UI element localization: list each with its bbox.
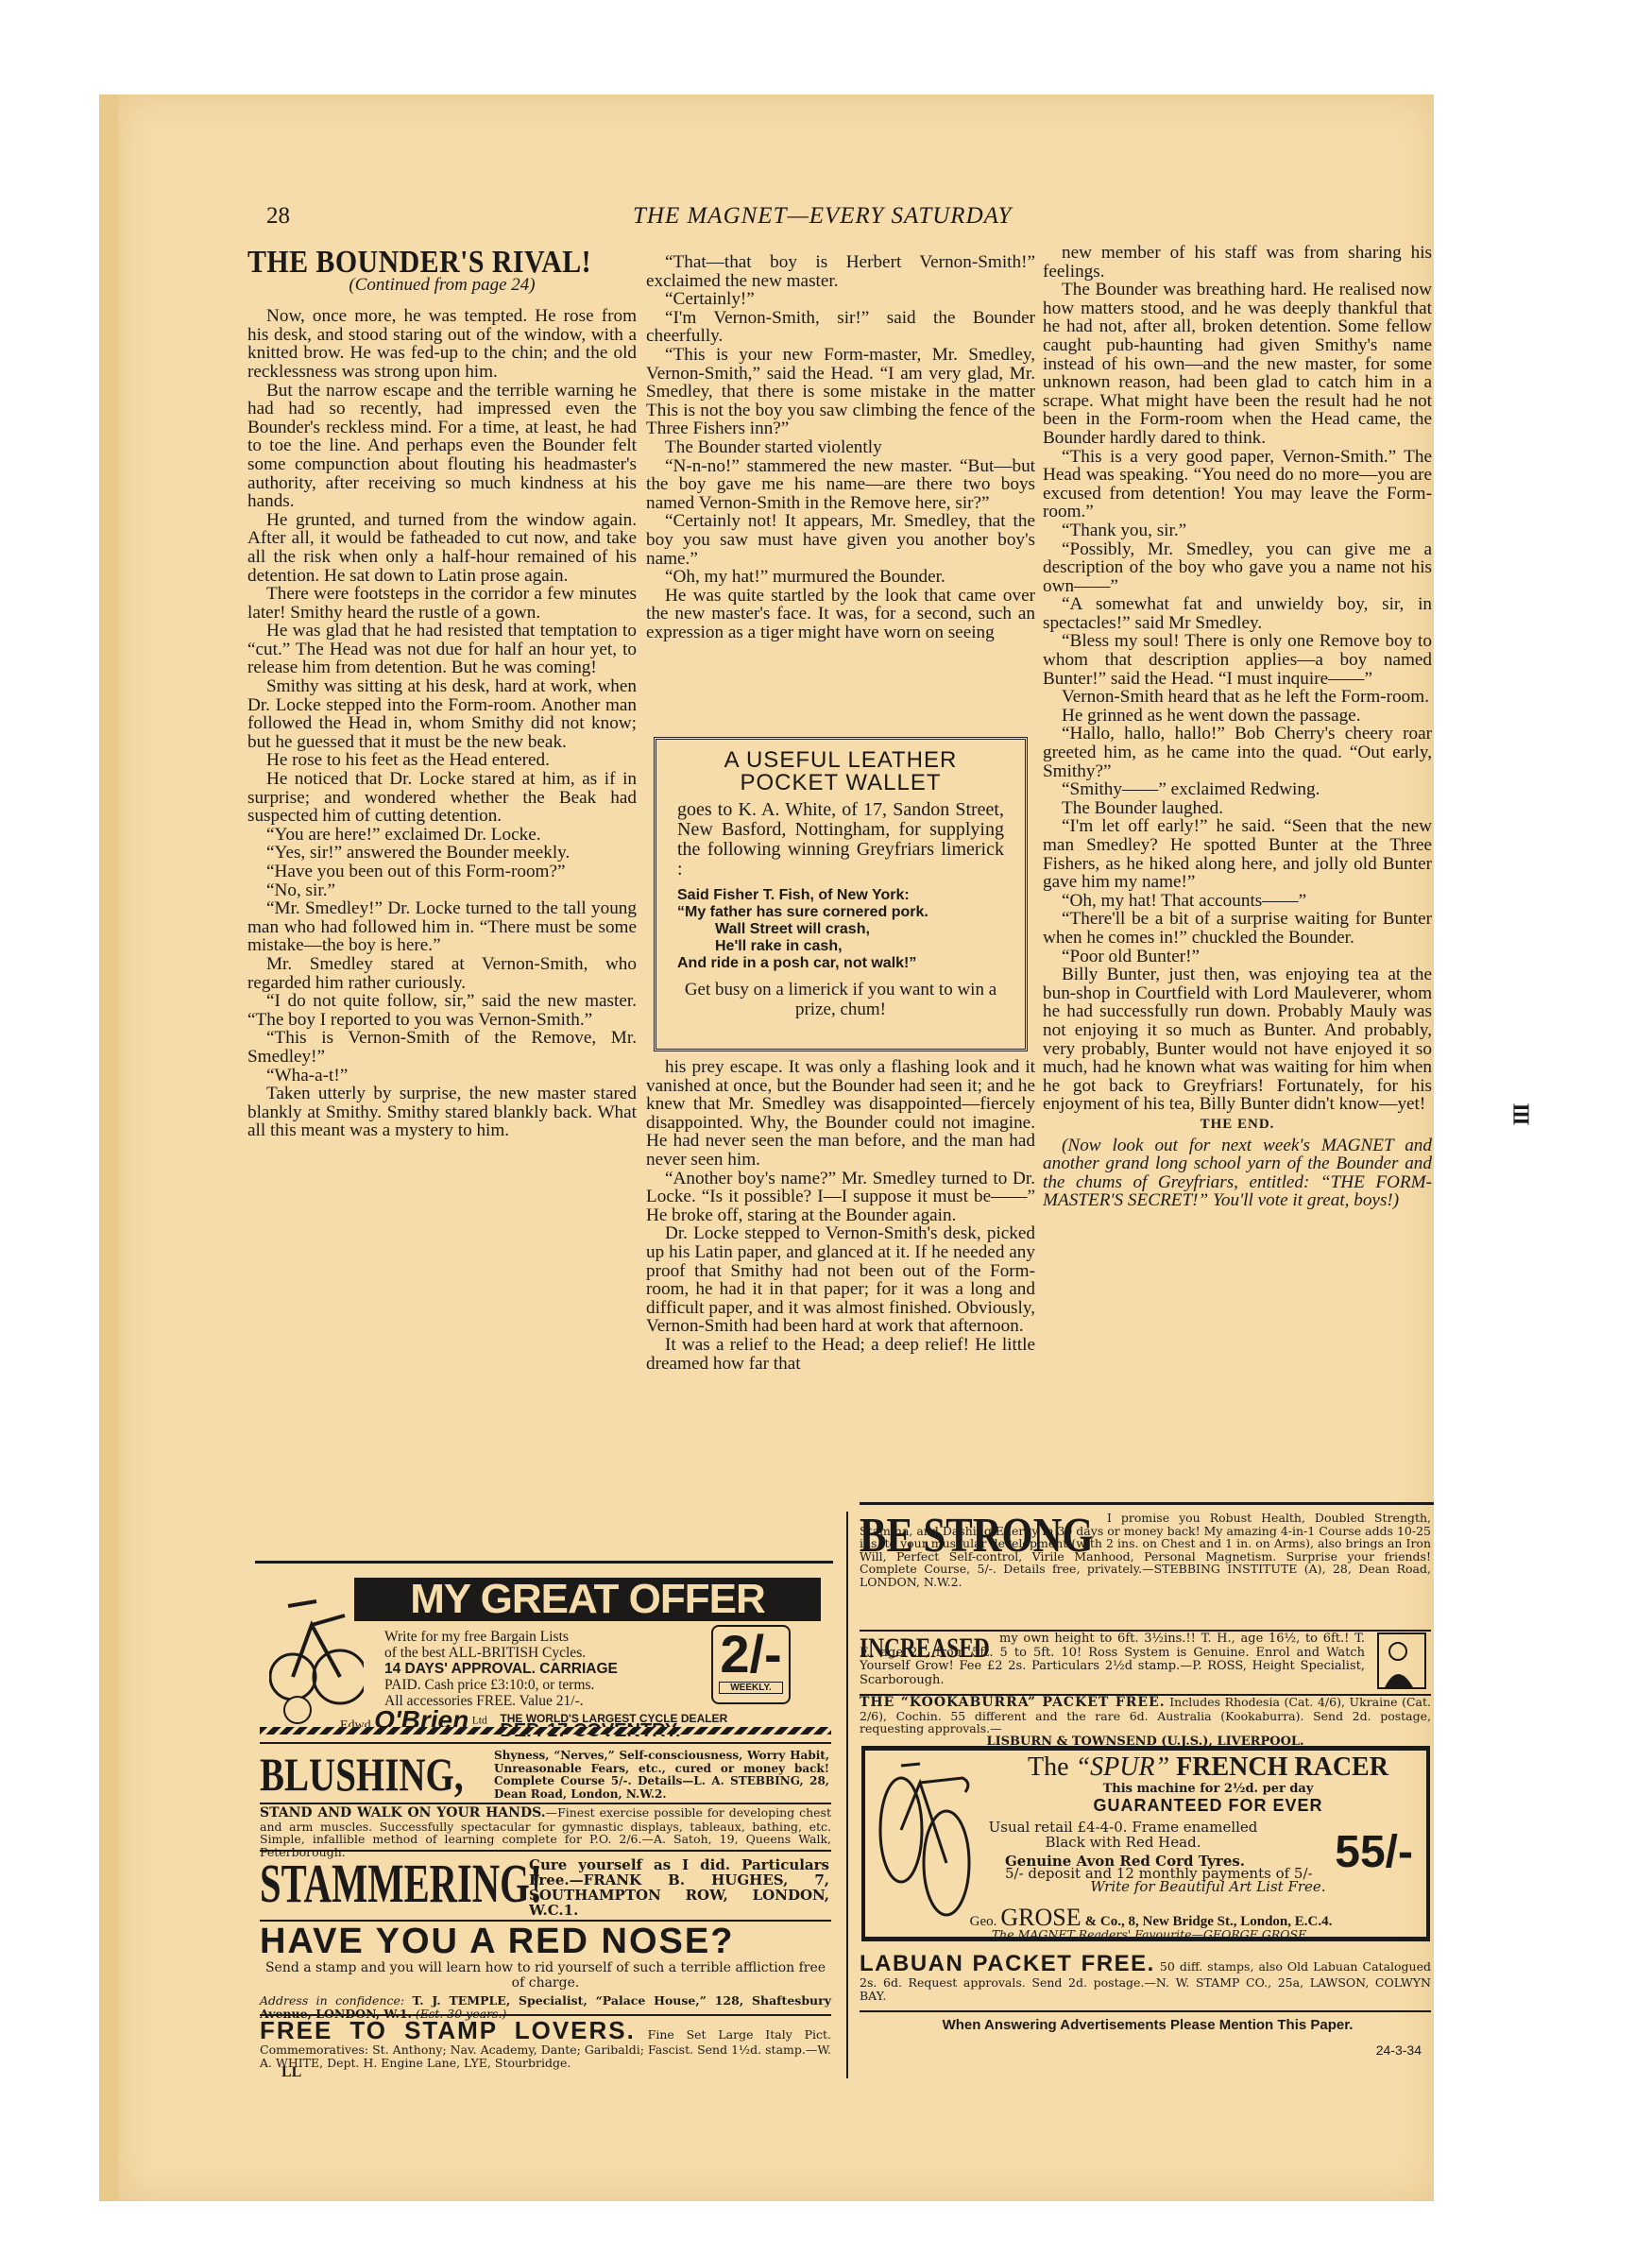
- paragraph: “That—that boy is Herbert Vernon-Smith!”…: [646, 253, 1035, 290]
- page-number: 28: [266, 203, 290, 230]
- weekly-price-badge: 2/- WEEKLY.: [711, 1625, 791, 1704]
- paragraph: “Yes, sir!” answered the Bounder meekly.: [247, 844, 637, 863]
- divider: [260, 1803, 831, 1804]
- paragraph: Mr. Smedley stared at Vernon-Smith, who …: [247, 955, 637, 992]
- paragraph: He grunted, and turned from the window a…: [247, 511, 637, 585]
- issue-date: 24-3-34: [874, 2042, 1422, 2058]
- ad-kookaburra: THE “KOOKABURRA” PACKET FREE. Includes R…: [860, 1696, 1431, 1741]
- wallet-prize-box: A USEFUL LEATHER POCKET WALLET goes to K…: [654, 737, 1028, 1051]
- paragraph: “This is Vernon-Smith of the Remove, Mr.…: [247, 1029, 637, 1066]
- racing-bicycle-icon: [873, 1754, 977, 1920]
- ad-text: Shyness, “Nerves,” Self-consciousness, W…: [494, 1750, 829, 1801]
- paragraph: Smithy was sitting at his desk, hard at …: [247, 677, 637, 751]
- ad-stand-walk: STAND AND WALK ON YOUR HANDS.—Finest exe…: [260, 1806, 831, 1850]
- ad-increased: INCREASED my own height to 6ft. 3½ins.!!…: [860, 1632, 1431, 1691]
- ad-mention-notice: When Answering Advertisements Please Men…: [874, 2017, 1422, 2074]
- paragraph: “Smithy——” exclaimed Redwing.: [1043, 780, 1432, 799]
- text-line: of the best ALL-BRITISH Cycles.: [384, 1645, 658, 1661]
- headline-main: FRENCH RACER: [1176, 1752, 1388, 1782]
- middle-bottom-paragraphs: his prey escape. It was only a flashing …: [646, 1058, 1035, 1373]
- ads-top-rule-right: [860, 1502, 1434, 1505]
- ad-labuan: LABUAN PACKET FREE. 50 diff. stamps, als…: [860, 1952, 1431, 2007]
- ad-stamp-lovers: FREE TO STAMP LOVERS. Fine Set Large Ita…: [260, 2017, 831, 2069]
- paragraph: “Another boy's name?” Mr. Smedley turned…: [646, 1170, 1035, 1225]
- paragraph: Dr. Locke stepped to Vernon-Smith's desk…: [646, 1224, 1035, 1336]
- divider: [260, 1850, 831, 1852]
- paragraph: But the narrow escape and the terrible w…: [247, 382, 637, 511]
- ads-top-rule: [255, 1561, 833, 1564]
- story-column-middle-bottom: his prey escape. It was only a flashing …: [646, 1058, 1035, 1373]
- paragraph: “Certainly not! It appears, Mr. Smedley,…: [646, 512, 1035, 568]
- limerick-line: He'll rake in cash,: [677, 938, 1004, 955]
- ad-text: Send a stamp and you will learn how to r…: [260, 1960, 831, 1991]
- paragraph: Taken utterly by surprise, the new maste…: [247, 1085, 637, 1140]
- company-tagline: The MAGNET Readers' Favourite—GEORGE GRO…: [875, 1928, 1427, 1941]
- text-line: Write for my free Bargain Lists: [384, 1629, 658, 1645]
- paragraph: “Possibly, Mr. Smedley, you can give me …: [1043, 540, 1432, 596]
- headline: LABUAN PACKET FREE.: [860, 1951, 1155, 1976]
- paragraph: Billy Bunter, just then, was enjoying te…: [1043, 966, 1432, 1114]
- margin-mark-bottom: LL: [281, 2064, 301, 2081]
- text-line: 14 DAYS' APPROVAL. CARRIAGE: [384, 1661, 658, 1677]
- paragraph: “I'm let off early!” he said. “Seen that…: [1043, 817, 1432, 891]
- paragraph: “Certainly!”: [646, 290, 1035, 309]
- ads-divider: [846, 1512, 848, 2078]
- story-column-right: new member of his staff was from sharing…: [1043, 244, 1432, 1210]
- paragraph: He was quite startled by the look that c…: [646, 587, 1035, 642]
- hatched-border: [260, 1727, 831, 1735]
- paragraph: “Have you been out of this Form-room?”: [247, 863, 637, 881]
- ad-line: GUARANTEED FOR EVER: [986, 1796, 1430, 1816]
- paragraph: “Oh, my hat!” murmured the Bounder.: [646, 568, 1035, 587]
- paragraph: He rose to his feet as the Head entered.: [247, 751, 637, 770]
- ad-line: Usual retail £4-4-0. Frame enamelled Bla…: [986, 1820, 1260, 1850]
- paragraph: “I do not quite follow, sir,” said the n…: [247, 992, 637, 1029]
- mention-notice: When Answering Advertisements Please Men…: [874, 2017, 1422, 2033]
- paragraph: “Mr. Smedley!” Dr. Locke turned to the t…: [247, 899, 637, 955]
- headline: BLUSHING,: [260, 1748, 464, 1801]
- paragraph: He noticed that Dr. Locke stared at him,…: [247, 770, 637, 826]
- next-week-teaser: (Now look out for next week's MAGNET and…: [1043, 1137, 1432, 1210]
- publication-title: THE MAGNET—EVERY SATURDAY: [633, 203, 1012, 230]
- text-line: PAID. Cash price £3:10:0, or terms.: [384, 1677, 658, 1693]
- story-title: THE BOUNDER'S RIVAL!: [247, 253, 590, 272]
- great-offer-text: Write for my free Bargain Lists of the b…: [384, 1629, 658, 1709]
- divider: [260, 1742, 831, 1744]
- limerick-line: Said Fisher T. Fish, of New York:: [677, 887, 910, 903]
- divider: [860, 2010, 1431, 2012]
- margin-mark-right: III: [1507, 1102, 1533, 1123]
- the-end: THE END.: [1043, 1116, 1432, 1135]
- dealer-suffix: Ltd: [472, 1714, 487, 1726]
- headline-prefix: The: [1028, 1752, 1069, 1782]
- paragraph: “There'll be a bit of a surprise waiting…: [1043, 910, 1432, 947]
- price: 2/-: [713, 1627, 789, 1682]
- ad-be-strong: BE STRONG I promise you Robust Health, D…: [860, 1512, 1431, 1627]
- ad-line: Write for Beautiful Art List Free.: [986, 1881, 1430, 1894]
- paragraph: “Thank you, sir.”: [1043, 521, 1432, 540]
- paragraph: his prey escape. It was only a flashing …: [646, 1058, 1035, 1170]
- headline: INCREASED: [860, 1634, 990, 1663]
- paragraph: “I'm Vernon-Smith, sir!” said the Bounde…: [646, 309, 1035, 346]
- right-paragraphs: new member of his staff was from sharing…: [1043, 244, 1432, 1114]
- ad-text: Cure yourself as I did. Particulars Free…: [529, 1857, 829, 1918]
- ad-stammering: STAMMERING! Cure yourself as I did. Part…: [260, 1854, 831, 1918]
- paragraph: “No, sir.”: [247, 881, 637, 900]
- paragraph: “Hallo, hallo, hallo!” Bob Cherry's chee…: [1043, 725, 1432, 780]
- left-paragraphs: Now, once more, he was tempted. He rose …: [247, 307, 637, 1140]
- paragraph: He grinned as he went down the passage.: [1043, 707, 1432, 726]
- paragraph: There were footsteps in the corridor a f…: [247, 585, 637, 622]
- paragraph: He was glad that he had resisted that te…: [247, 622, 637, 677]
- paragraph: “N-n-no!” stammered the new master. “But…: [646, 457, 1035, 513]
- portrait-icon: [1377, 1632, 1426, 1689]
- headline: FREE TO STAMP LOVERS.: [260, 2016, 636, 2044]
- ad-red-nose: HAVE YOU A RED NOSE? Send a stamp and yo…: [260, 1923, 831, 2013]
- wallet-heading-1: A USEFUL LEATHER: [677, 749, 1004, 772]
- paragraph: The Bounder started violently: [646, 438, 1035, 457]
- limerick-line: “My father has sure cornered pork.: [677, 904, 928, 920]
- paragraph: Now, once more, he was tempted. He rose …: [247, 307, 637, 381]
- story-column-middle-top: “That—that boy is Herbert Vernon-Smith!”…: [646, 253, 1035, 641]
- headline: BE STRONG: [860, 1512, 1094, 1561]
- ad-line: This machine for 2½d. per day: [986, 1783, 1430, 1796]
- paragraph: The Bounder laughed.: [1043, 799, 1432, 818]
- paragraph: “Wha-a-t!”: [247, 1067, 637, 1085]
- wallet-heading-2: POCKET WALLET: [677, 772, 1004, 795]
- ad-blushing: BLUSHING, Shyness, “Nerves,” Self-consci…: [260, 1748, 831, 1801]
- paragraph: “Poor old Bunter!”: [1043, 948, 1432, 966]
- paragraph: new member of his staff was from sharing…: [1043, 244, 1432, 281]
- ad-great-offer: MY GREAT OFFER Write for my free Bargain…: [260, 1568, 831, 1735]
- paragraph: “You are here!” exclaimed Dr. Locke.: [247, 826, 637, 845]
- running-header: 28 THE MAGNET—EVERY SATURDAY: [0, 203, 1652, 241]
- headline: STAMMERING!: [260, 1854, 542, 1914]
- ad-spur-french-racer: The “SPUR” FRENCH RACER This machine for…: [861, 1746, 1430, 1941]
- paragraph: “This is a very good paper, Vernon-Smith…: [1043, 448, 1432, 521]
- limerick-line: And ride in a posh car, not walk!”: [677, 955, 916, 971]
- great-offer-banner: MY GREAT OFFER: [354, 1578, 821, 1621]
- paragraph: It was a relief to the Head; a deep reli…: [646, 1336, 1035, 1373]
- spur-price: 55/-: [1335, 1826, 1413, 1878]
- wallet-cta: Get busy on a limerick if you want to wi…: [677, 980, 1004, 1019]
- paragraph: “This is your new Form-master, Mr. Smedl…: [646, 346, 1035, 438]
- story-column-left: THE BOUNDER'S RIVAL! (Continued from pag…: [247, 253, 637, 1140]
- limerick: Said Fisher T. Fish, of New York: “My fa…: [677, 887, 1004, 972]
- paragraph: “Oh, my hat! That accounts——”: [1043, 892, 1432, 911]
- headline-name: “SPUR”: [1076, 1752, 1170, 1782]
- wallet-body: goes to K. A. White, of 17, Sandon Stree…: [677, 800, 1004, 880]
- paragraph: “A somewhat fat and unwieldy boy, sir, i…: [1043, 595, 1432, 632]
- paragraph: Vernon-Smith heard that as he left the F…: [1043, 688, 1432, 707]
- paragraph: “Bless my soul! There is only one Remove…: [1043, 632, 1432, 688]
- headline: HAVE YOU A RED NOSE?: [260, 1923, 831, 1960]
- middle-top-paragraphs: “That—that boy is Herbert Vernon-Smith!”…: [646, 253, 1035, 641]
- limerick-line: Wall Street will crash,: [677, 921, 1004, 938]
- paragraph: The Bounder was breathing hard. He reali…: [1043, 281, 1432, 447]
